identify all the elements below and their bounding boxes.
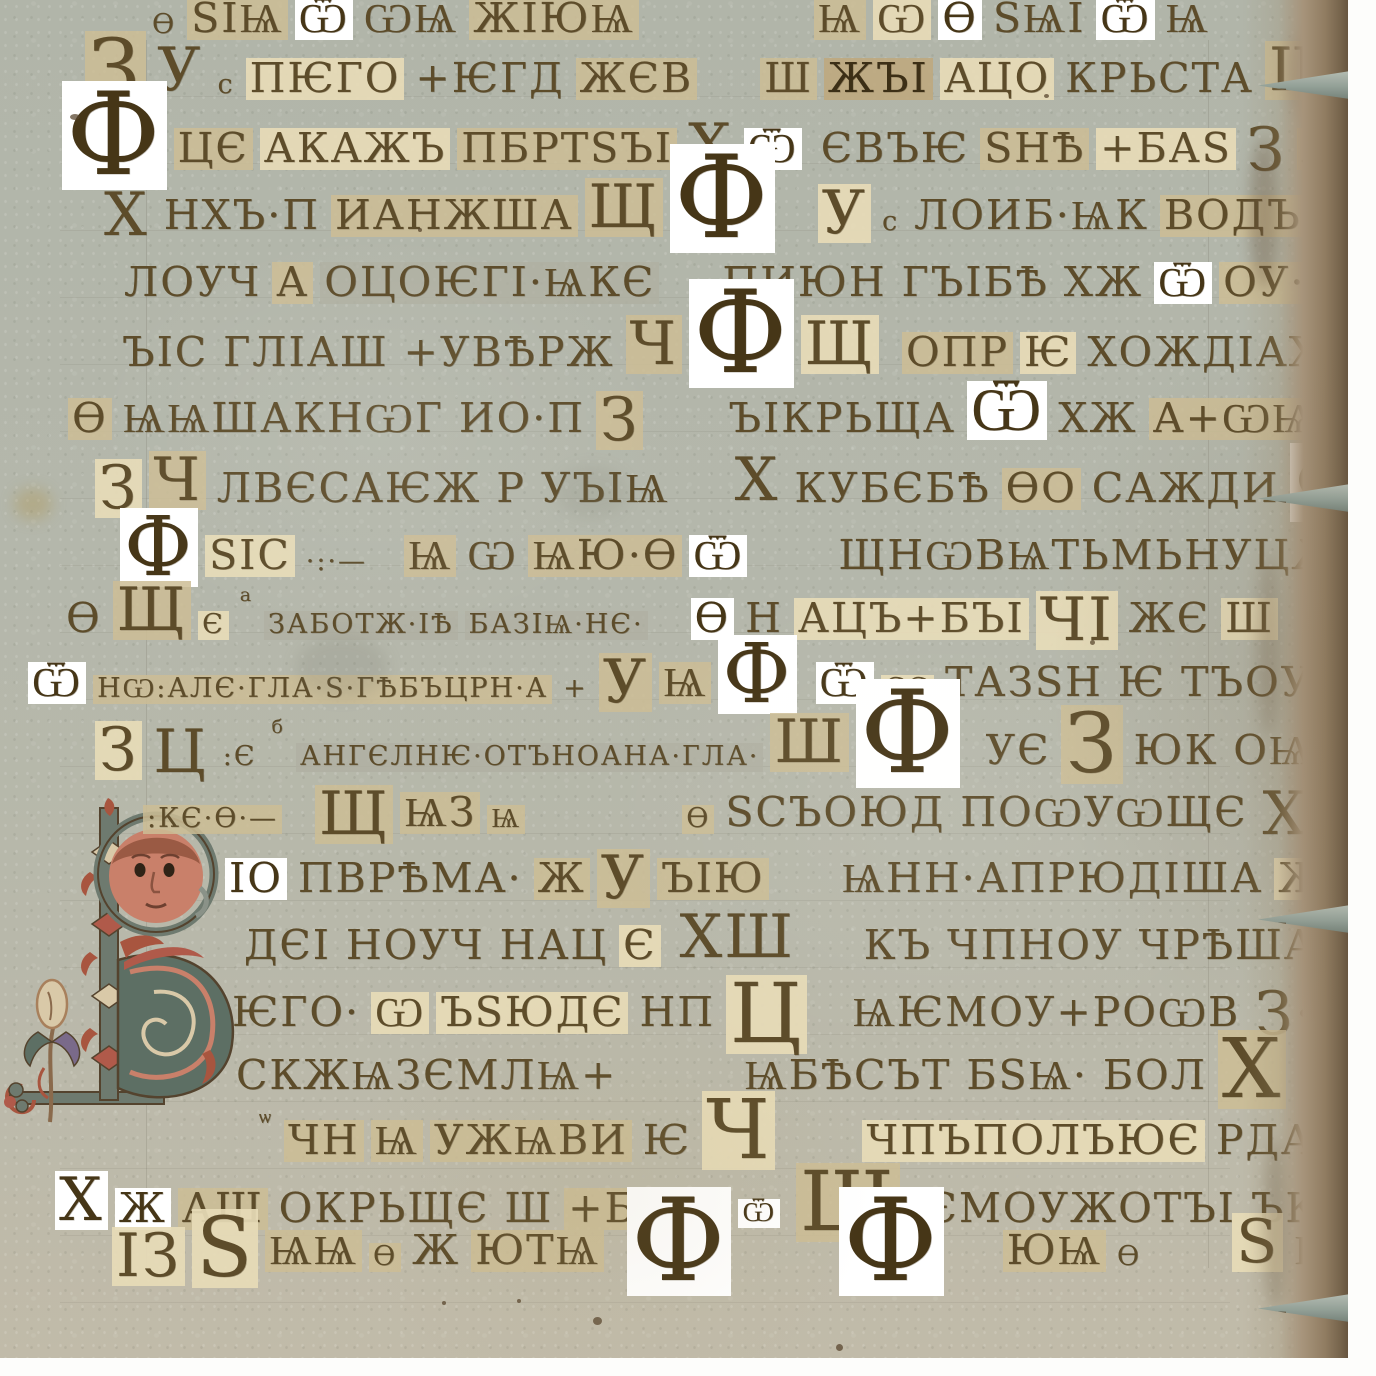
text-line: ІЗЅѨѨѲЖЮТѨФѾФЮѨѲЅѨѾЖЗѨІ. — [112, 1163, 1348, 1272]
ink-speck — [593, 1317, 602, 1325]
letter-cutout: ЮТѨ — [471, 1230, 604, 1272]
letter-cutout: Ф — [670, 144, 775, 253]
letter-cutout: ·:·— — [302, 548, 371, 577]
letter-cutout: +УВѢРЖ — [400, 332, 619, 374]
text-line: ЗЦ:ЄбАНГЄЛНѤ·ОТЪНОАНА·ГЛА·ШФУЄЗЮКОѨѠЄНЩЪ… — [95, 663, 1348, 772]
letter-cutout: ѨЗ — [400, 792, 480, 834]
letter-cutout: ОПР — [902, 332, 1013, 374]
letter-cutout: Ѩ — [404, 535, 456, 577]
text-line: ЪІСГЛІАШ+УВѢРЖЧФЩОПРѤХОЖДІАХЖѨ — [118, 265, 1348, 374]
letter-cutout: Ф — [839, 1187, 944, 1296]
scan-background-bottom — [0, 1358, 1376, 1376]
letter-cutout: б — [267, 717, 288, 738]
parchment-stain — [14, 488, 52, 520]
ink-speck — [442, 1301, 446, 1305]
letter-cutout: ЪІС — [118, 332, 212, 374]
text-line: ХНХЪ·ПИАНЖШАЩФУсЛОИБ·ѨКВОДЪІЄѲ — [100, 128, 1348, 237]
letter-cutout: ЮК — [1130, 730, 1223, 772]
letter-cutout: НХЪ·П — [160, 195, 324, 237]
letter-cutout: а — [236, 585, 257, 606]
letter-cutout: :КЄ·Ѳ·— — [143, 805, 282, 834]
letter-cutout: ПОѠУѠЩЄ — [956, 792, 1251, 834]
letter-cutout: Щ — [801, 315, 879, 374]
letter-cutout: ЛОИБ·ѨК — [910, 195, 1153, 237]
letter-cutout: УЄ — [981, 730, 1054, 772]
letter-cutout: Ѿ — [738, 1199, 780, 1228]
letter-cutout: АНГЄЛНѤ·ОТЪНОАНА·ГЛА· — [296, 743, 763, 772]
letter-cutout: ІЗ — [112, 1227, 185, 1286]
letter-cutout: ѨѨ — [265, 1230, 362, 1272]
manuscript-page: ѲЅІѨѾѠѨЖІЮѨѨѠѲЅѨІѾѨЗУсПѤГО+ѤГДЖЄВШЖЪІАЦО… — [0, 0, 1348, 1358]
letter-cutout: :Є — [219, 743, 261, 772]
manuscript-scan: { "page": { "parchment_top": "#b1b5a9", … — [0, 0, 1376, 1376]
page-edge — [1242, 0, 1348, 1358]
letter-cutout: Ф — [627, 1187, 732, 1296]
letter-cutout: с — [878, 208, 903, 237]
letter-cutout: Ч — [626, 315, 682, 374]
letter-cutout: Ж — [408, 1230, 464, 1272]
ink-speck — [836, 1344, 843, 1351]
letter-cutout: Ѿ — [689, 535, 747, 577]
letter-cutout: ѨЮ·Ѳ — [528, 535, 682, 577]
letter-cutout: ИАНЖША — [331, 195, 577, 237]
illuminated-initial-В — [4, 792, 242, 1130]
letter-cutout: Х — [55, 1171, 108, 1230]
letter-cutout: Ц — [149, 723, 211, 782]
letter-cutout: Ѩ — [487, 805, 525, 834]
letter-cutout: З — [95, 721, 142, 780]
letter-cutout: Ѳ — [682, 805, 714, 834]
letter-cutout: Ѡ — [463, 535, 521, 577]
letter-cutout: ЮѨ — [1003, 1230, 1106, 1272]
letter-cutout: Ф — [856, 679, 961, 788]
letter-cutout: Ф — [689, 279, 794, 388]
letter-cutout: Х — [100, 186, 153, 245]
scan-background-right — [1348, 0, 1376, 1376]
letter-cutout: ГЛІАШ — [219, 332, 392, 374]
letter-cutout: Ѕ — [192, 1209, 258, 1288]
letter-cutout: Щ — [315, 785, 393, 844]
letter-cutout: ЅІС — [205, 535, 295, 577]
letter-cutout: Ѥ — [1020, 332, 1076, 374]
text-line: ФЅІС·:·—ѨѠѨЮ·ѲѾЩНѠВѨТЬМЬНУЦѪЮ — [120, 498, 1348, 577]
letter-cutout: Ѳ — [1113, 1243, 1145, 1272]
letter-cutout: Щ — [585, 178, 663, 237]
text-line: :КЄ·Ѳ·—ЩѨЗѨѲЅСЪОЮДПОѠУѠЩЄХ — [143, 775, 1311, 834]
letter-cutout: Ш — [770, 713, 848, 772]
letter-cutout: Ѿ — [28, 662, 86, 704]
letter-cutout: Ѳ — [369, 1243, 401, 1272]
letter-cutout: З — [1061, 705, 1122, 784]
letter-cutout: У — [818, 184, 871, 243]
letter-cutout: ѡ — [255, 1107, 277, 1128]
ink-speck — [517, 1299, 521, 1303]
letter-cutout: ЅСЪОЮД — [721, 792, 949, 834]
